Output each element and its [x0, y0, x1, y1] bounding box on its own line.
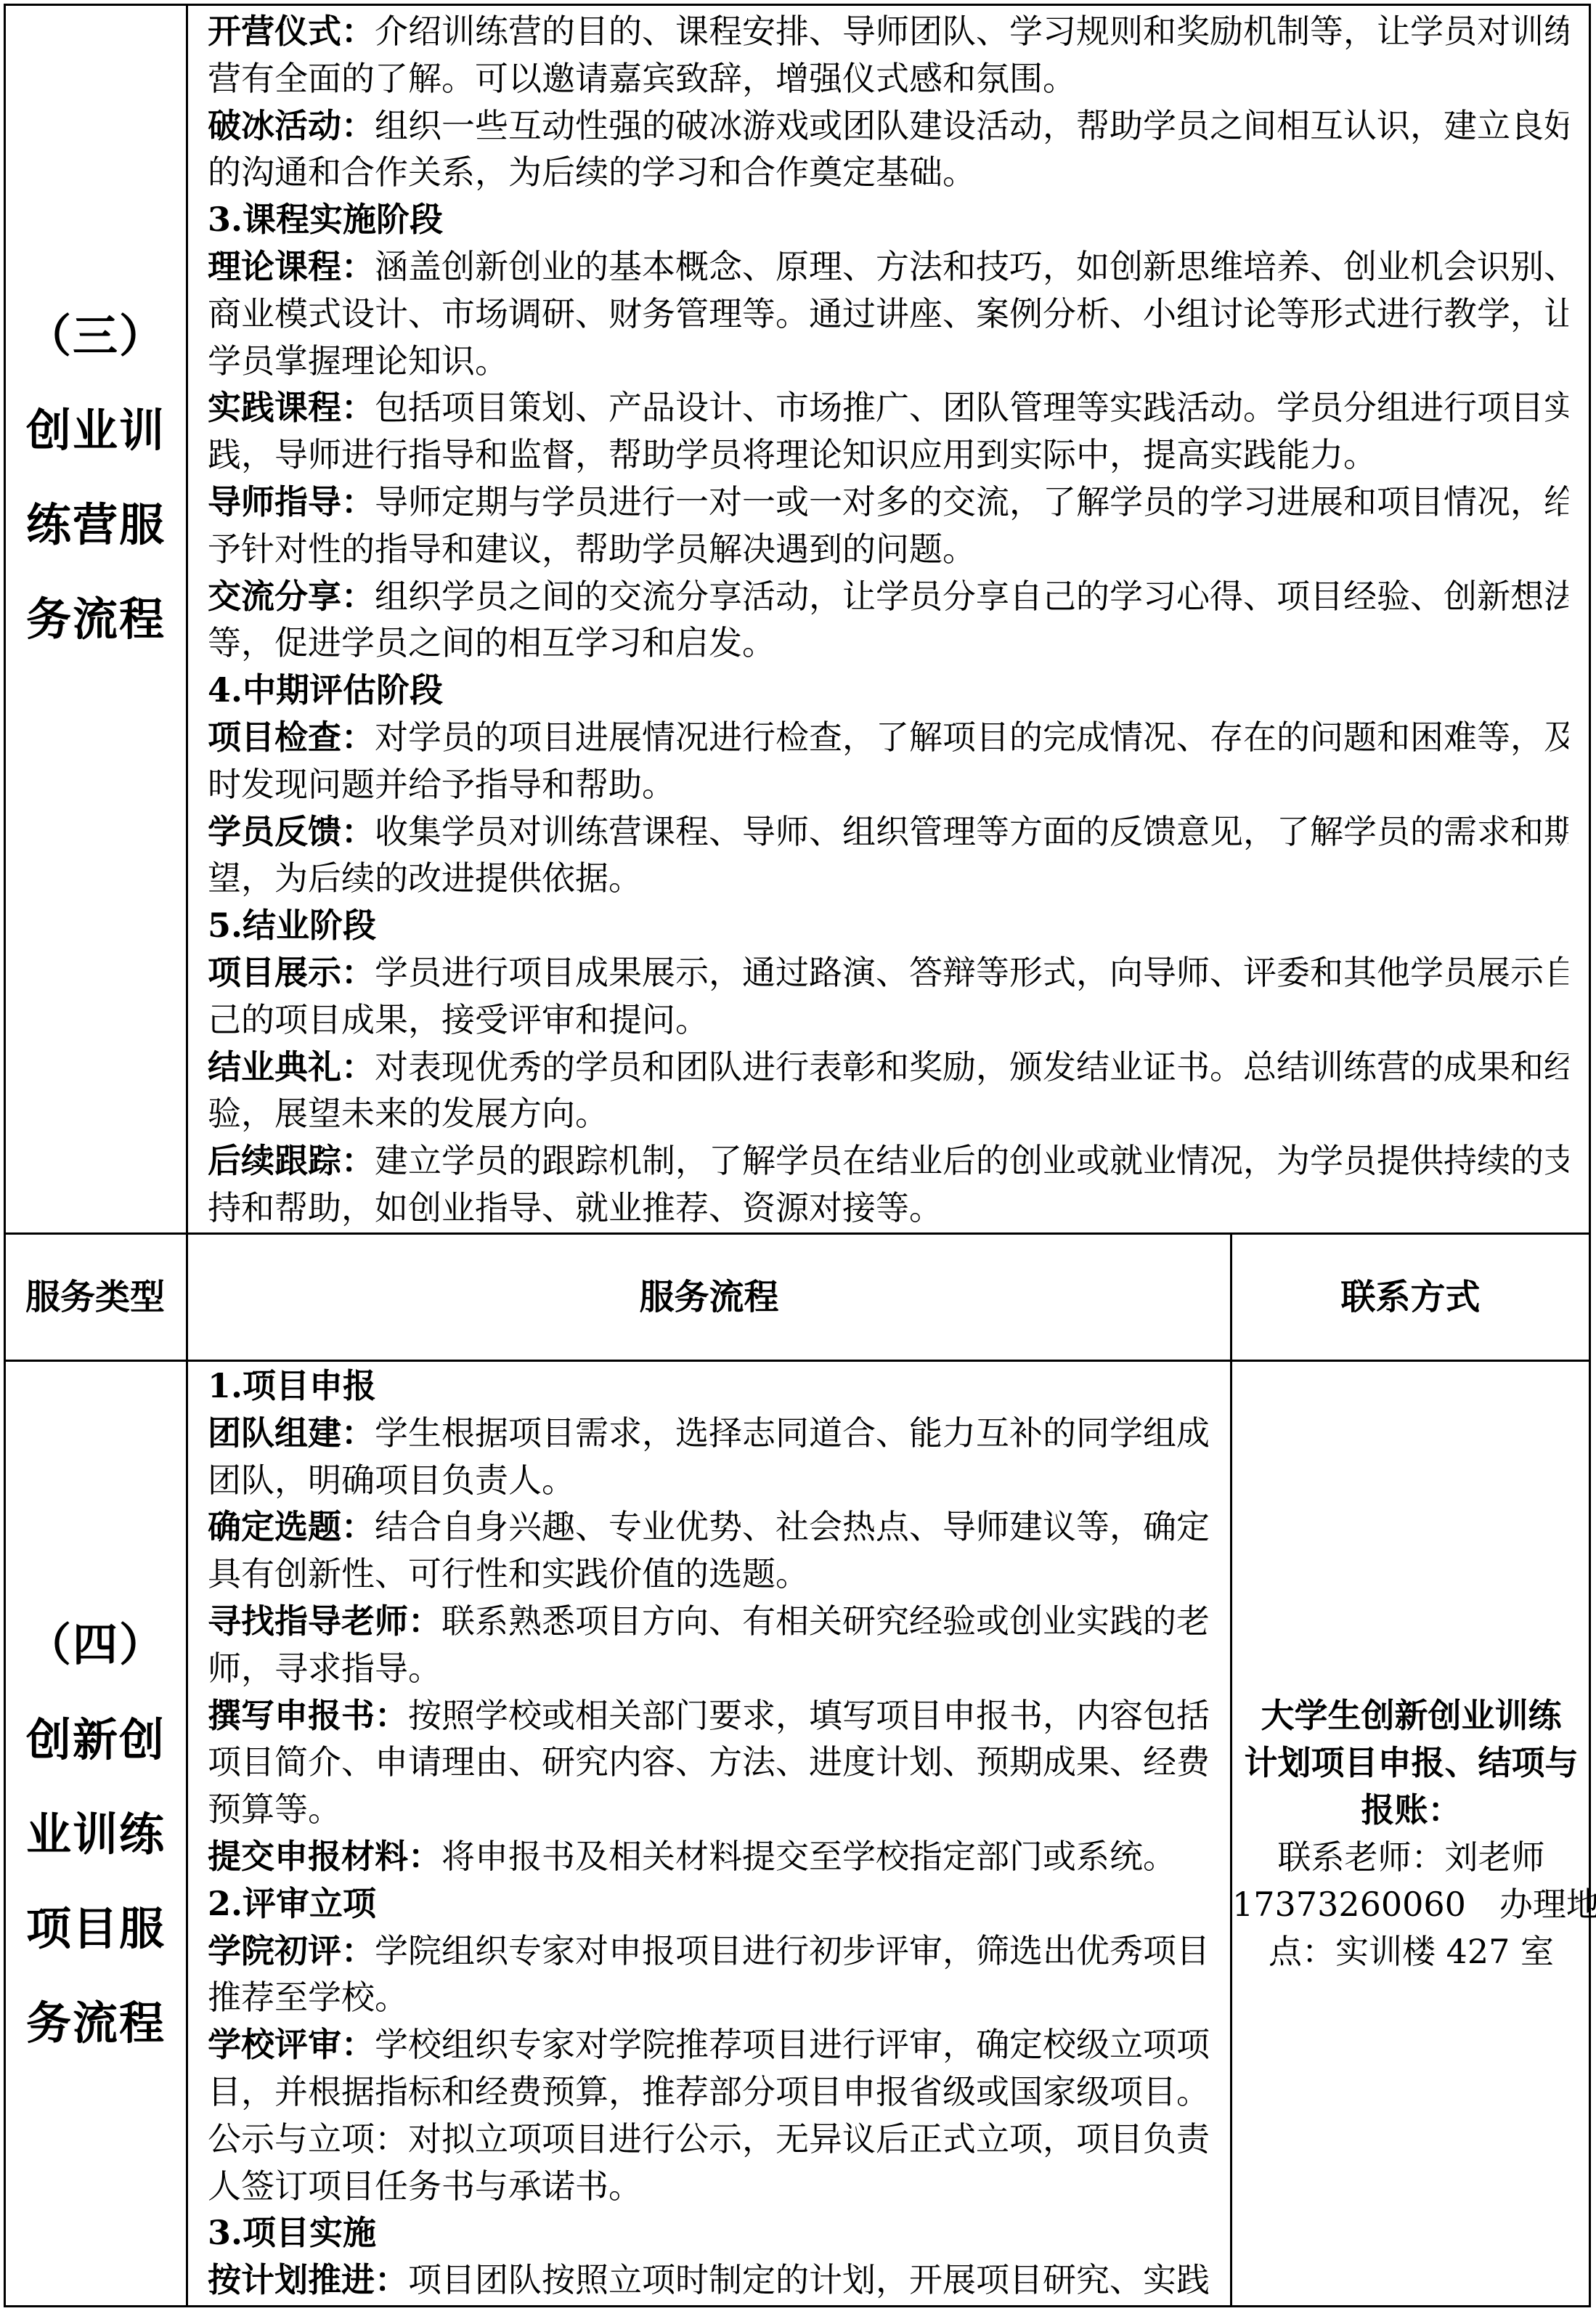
- paragraph-line: 验，展望未来的发展方向。: [208, 1090, 1568, 1137]
- paragraph-text: 组织一些互动性强的破冰游戏或团队建设活动，帮助学员之间相互认识，建立良好: [375, 106, 1568, 145]
- paragraph-text: 师，寻求指导。: [208, 1649, 441, 1688]
- paragraph-text: 等，促进学员之间的相互学习和启发。: [208, 623, 775, 662]
- section-3-label-line: （三）: [4, 311, 187, 362]
- paragraph-text: 践，导师进行指导和监督，帮助学员将理论知识应用到实际中，提高实践能力。: [208, 435, 1377, 474]
- section-4-label: （四） 创新创 业训练 项目服 务流程: [4, 1362, 187, 2305]
- paragraph-title: 项目展示：: [208, 953, 375, 992]
- paragraph-title: 项目检查：: [208, 718, 375, 757]
- stage-heading: 2.评审立项: [208, 1880, 1210, 1928]
- paragraph-title: 交流分享：: [208, 577, 375, 616]
- paragraph-text: 的沟通和合作关系，为后续的学习和合作奠定基础。: [208, 153, 976, 192]
- contact-phone-line[interactable]: 17373260060 办理地: [1232, 1881, 1590, 1928]
- paragraph-line: 寻找指导老师：联系熟悉项目方向、有相关研究经验或创业实践的老: [208, 1598, 1210, 1645]
- paragraph-line: 时发现问题并给予指导和帮助。: [208, 761, 1568, 808]
- document-page: （三） 创业训 练营服 务流程 开营仪式：介绍训练营的目的、课程安排、导师团队、…: [0, 0, 1596, 2311]
- paragraph-text: 学校组织专家对学院推荐项目进行评审，确定校级立项项: [375, 2025, 1210, 2064]
- table-border-bottom: [4, 2305, 1591, 2307]
- paragraph-line: 结业典礼：对表现优秀的学员和团队进行表彰和奖励，颁发结业证书。总结训练营的成果和…: [208, 1044, 1568, 1091]
- paragraph-text: 将申报书及相关材料提交至学校指定部门或系统。: [441, 1837, 1176, 1876]
- paragraph-line: 己的项目成果，接受评审和提问。: [208, 996, 1568, 1044]
- paragraph-title: 提交申报材料：: [208, 1837, 441, 1876]
- header-contact: 联系方式: [1232, 1234, 1589, 1361]
- paragraph-text: 收集学员对训练营课程、导师、组织管理等方面的反馈意见，了解学员的需求和期: [375, 812, 1568, 851]
- paragraph-text: 商业模式设计、市场调研、财务管理等。通过讲座、案例分析、小组讨论等形式进行教学，…: [208, 294, 1568, 333]
- paragraph-line: 破冰活动：组织一些互动性强的破冰游戏或团队建设活动，帮助学员之间相互认识，建立良…: [208, 102, 1568, 150]
- paragraph-text: 团队，明确项目负责人。: [208, 1461, 575, 1500]
- paragraph-text: 涵盖创新创业的基本概念、原理、方法和技巧，如创新思维培养、创业机会识别、: [375, 247, 1568, 286]
- section-4-label-line: 项目服: [4, 1904, 187, 1954]
- paragraph-title: 撰写申报书：: [208, 1696, 408, 1735]
- paragraph-line: 商业模式设计、市场调研、财务管理等。通过讲座、案例分析、小组讨论等形式进行教学，…: [208, 291, 1568, 338]
- paragraph-line: 后续跟踪：建立学员的跟踪机制，了解学员在结业后的创业或就业情况，为学员提供持续的…: [208, 1137, 1568, 1185]
- section-4-label-line: （四）: [4, 1620, 187, 1670]
- stage-heading: 1.项目申报: [208, 1362, 1210, 1410]
- paragraph-title: 团队组建：: [208, 1413, 375, 1453]
- paragraph-title: 学校评审：: [208, 2025, 375, 2064]
- paragraph-line: 团队，明确项目负责人。: [208, 1457, 1210, 1504]
- paragraph-line: 导师指导：导师定期与学员进行一对一或一对多的交流，了解学员的学习进展和项目情况，…: [208, 479, 1568, 526]
- paragraph-line: 项目展示：学员进行项目成果展示，通过路演、答辩等形式，向导师、评委和其他学员展示…: [208, 949, 1568, 996]
- paragraph-title: 实践课程：: [208, 388, 375, 427]
- paragraph-text: 介绍训练营的目的、课程安排、导师团队、学习规则和奖励机制等，让学员对训练: [375, 12, 1568, 51]
- paragraph-text: 项目简介、申请理由、研究内容、方法、进度计划、预期成果、经费: [208, 1742, 1210, 1782]
- section-4-label-line: 务流程: [4, 1998, 187, 2049]
- paragraph-title: 理论课程：: [208, 247, 375, 286]
- paragraph-text: 按照学校或相关部门要求，填写项目申报书，内容包括: [408, 1696, 1210, 1735]
- paragraph-title: 开营仪式：: [208, 12, 375, 51]
- paragraph-line: 开营仪式：介绍训练营的目的、课程安排、导师团队、学习规则和奖励机制等，让学员对训…: [208, 8, 1568, 55]
- paragraph-line: 践，导师进行指导和监督，帮助学员将理论知识应用到实际中，提高实践能力。: [208, 431, 1568, 479]
- paragraph-title: 结业典礼：: [208, 1047, 375, 1087]
- contact-teacher-line: 联系老师：刘老师: [1232, 1834, 1590, 1881]
- paragraph-line: 具有创新性、可行性和实践价值的选题。: [208, 1551, 1210, 1598]
- paragraph-text: 建立学员的跟踪机制，了解学员在结业后的创业或就业情况，为学员提供持续的支: [375, 1141, 1568, 1180]
- paragraph-text: 项目团队按照立项时制定的计划，开展项目研究、实践: [408, 2260, 1210, 2299]
- contact-title-line: 大学生创新创业训练: [1232, 1692, 1590, 1739]
- section-3-process-content: 开营仪式：介绍训练营的目的、课程安排、导师团队、学习规则和奖励机制等，让学员对训…: [188, 8, 1589, 1232]
- paragraph-line: 按计划推进：项目团队按照立项时制定的计划，开展项目研究、实践: [208, 2257, 1210, 2304]
- stage-heading: 3.项目实施: [208, 2209, 1210, 2257]
- contact-title-line: 计划项目申报、结项与: [1232, 1739, 1590, 1787]
- paragraph-line: 持和帮助，如创业指导、就业推荐、资源对接等。: [208, 1185, 1568, 1232]
- contact-location-line: 点：实训楼 427 室: [1232, 1928, 1590, 1975]
- paragraph-line: 学校评审：学校组织专家对学院推荐项目进行评审，确定校级立项项: [208, 2021, 1210, 2068]
- paragraph-line: 交流分享：组织学员之间的交流分享活动，让学员分享自己的学习心得、项目经验、创新想…: [208, 573, 1568, 620]
- section-3-label-line: 创业训: [4, 405, 187, 456]
- paragraph-line: 确定选题：结合自身兴趣、专业优势、社会热点、导师建议等，确定: [208, 1503, 1210, 1551]
- paragraph-title: 按计划推进：: [208, 2260, 408, 2299]
- paragraph-line: 等，促进学员之间的相互学习和启发。: [208, 620, 1568, 667]
- paragraph-line: 理论课程：涵盖创新创业的基本概念、原理、方法和技巧，如创新思维培养、创业机会识别…: [208, 243, 1568, 291]
- paragraph-text: 人签订项目任务书与承诺书。: [208, 2166, 642, 2206]
- paragraph-text: 组织学员之间的交流分享活动，让学员分享自己的学习心得、项目经验、创新想法: [375, 577, 1568, 616]
- paragraph-text: 预算等。: [208, 1790, 341, 1829]
- paragraph-text: 具有创新性、可行性和实践价值的选题。: [208, 1554, 809, 1593]
- paragraph-title: 后续跟踪：: [208, 1141, 375, 1180]
- section-3-label-line: 练营服: [4, 500, 187, 551]
- paragraph-line: 项目检查：对学员的项目进展情况进行检查，了解项目的完成情况、存在的问题和困难等，…: [208, 714, 1568, 761]
- paragraph-text: 结合自身兴趣、专业优势、社会热点、导师建议等，确定: [375, 1507, 1210, 1546]
- paragraph-text: 时发现问题并给予指导和帮助。: [208, 765, 675, 804]
- paragraph-text: 持和帮助，如创业指导、就业推荐、资源对接等。: [208, 1188, 942, 1227]
- header-service-process: 服务流程: [188, 1234, 1230, 1361]
- paragraph-line: 予针对性的指导和建议，帮助学员解决遇到的问题。: [208, 526, 1568, 573]
- paragraph-line: 撰写申报书：按照学校或相关部门要求，填写项目申报书，内容包括: [208, 1692, 1210, 1739]
- paragraph-title: 寻找指导老师：: [208, 1601, 441, 1641]
- paragraph-text: 学员进行项目成果展示，通过路演、答辩等形式，向导师、评委和其他学员展示自: [375, 953, 1568, 992]
- paragraph-text: 包括项目策划、产品设计、市场推广、团队管理等实践活动。学员分组进行项目实: [375, 388, 1568, 427]
- paragraph-line: 营有全面的了解。可以邀请嘉宾致辞，增强仪式感和氛围。: [208, 55, 1568, 102]
- paragraph-title: 公示与立项：: [208, 2119, 408, 2158]
- paragraph-text: 学生根据项目需求，选择志同道合、能力互补的同学组成: [375, 1413, 1210, 1453]
- paragraph-text: 予针对性的指导和建议，帮助学员解决遇到的问题。: [208, 529, 976, 569]
- paragraph-title: 导师指导：: [208, 482, 375, 521]
- paragraph-line: 预算等。: [208, 1786, 1210, 1833]
- paragraph-line: 师，寻求指导。: [208, 1645, 1210, 1692]
- paragraph-text: 目，并根据指标和经费预算，推荐部分项目申报省级或国家级项目。: [208, 2072, 1210, 2111]
- paragraph-line: 团队组建：学生根据项目需求，选择志同道合、能力互补的同学组成: [208, 1410, 1210, 1457]
- stage-heading: 4.中期评估阶段: [208, 667, 1568, 714]
- paragraph-line: 学院初评：学院组织专家对申报项目进行初步评审，筛选出优秀项目: [208, 1928, 1210, 1975]
- section-3-label: （三） 创业训 练营服 务流程: [4, 4, 187, 1233]
- paragraph-line: 的沟通和合作关系，为后续的学习和合作奠定基础。: [208, 149, 1568, 196]
- paragraph-text: 验，展望未来的发展方向。: [208, 1094, 608, 1133]
- paragraph-line: 公示与立项：对拟立项项目进行公示，无异议后正式立项，项目负责: [208, 2116, 1210, 2163]
- section-4-label-line: 业训练: [4, 1809, 187, 1860]
- paragraph-line: 项目简介、申请理由、研究内容、方法、进度计划、预期成果、经费: [208, 1739, 1210, 1786]
- paragraph-text: 导师定期与学员进行一对一或一对多的交流，了解学员的学习进展和项目情况，给: [375, 482, 1568, 521]
- paragraph-text: 学院组织专家对申报项目进行初步评审，筛选出优秀项目: [375, 1931, 1210, 1970]
- paragraph-title: 学院初评：: [208, 1931, 375, 1970]
- stage-heading: 3.课程实施阶段: [208, 196, 1568, 243]
- paragraph-line: 推荐至学校。: [208, 1974, 1210, 2021]
- paragraph-title: 学员反馈：: [208, 812, 375, 851]
- contact-title-line: 报账：: [1232, 1787, 1590, 1834]
- paragraph-text: 对表现优秀的学员和团队进行表彰和奖励，颁发结业证书。总结训练营的成果和经: [375, 1047, 1568, 1087]
- paragraph-text: 推荐至学校。: [208, 1978, 408, 2017]
- paragraph-line: 望，为后续的改进提供依据。: [208, 855, 1568, 902]
- header-service-type: 服务类型: [4, 1234, 186, 1361]
- section-4-label-line: 创新创: [4, 1715, 187, 1766]
- section-4-process-content: 1.项目申报团队组建：学生根据项目需求，选择志同道合、能力互补的同学组成团队，明…: [188, 1362, 1230, 2304]
- section-4-contact: 大学生创新创业训练 计划项目申报、结项与 报账： 联系老师：刘老师 173732…: [1232, 1669, 1590, 1974]
- paragraph-line: 学员掌握理论知识。: [208, 338, 1568, 385]
- paragraph-line: 提交申报材料：将申报书及相关材料提交至学校指定部门或系统。: [208, 1833, 1210, 1880]
- paragraph-line: 目，并根据指标和经费预算，推荐部分项目申报省级或国家级项目。: [208, 2068, 1210, 2116]
- table-border-top: [4, 4, 1591, 6]
- paragraph-line: 学员反馈：收集学员对训练营课程、导师、组织管理等方面的反馈意见，了解学员的需求和…: [208, 808, 1568, 856]
- section-3-label-line: 务流程: [4, 594, 187, 645]
- paragraph-text: 联系熟悉项目方向、有相关研究经验或创业实践的老: [441, 1601, 1210, 1641]
- paragraph-text: 营有全面的了解。可以邀请嘉宾致辞，增强仪式感和氛围。: [208, 59, 1076, 98]
- paragraph-text: 对学员的项目进展情况进行检查，了解项目的完成情况、存在的问题和困难等，及: [375, 718, 1568, 757]
- paragraph-line: 实践课程：包括项目策划、产品设计、市场推广、团队管理等实践活动。学员分组进行项目…: [208, 384, 1568, 431]
- paragraph-text: 对拟立项项目进行公示，无异议后正式立项，项目负责: [408, 2119, 1210, 2158]
- stage-heading: 5.结业阶段: [208, 902, 1568, 949]
- paragraph-text: 望，为后续的改进提供依据。: [208, 858, 642, 898]
- paragraph-text: 己的项目成果，接受评审和提问。: [208, 1000, 709, 1039]
- paragraph-line: 人签订项目任务书与承诺书。: [208, 2163, 1210, 2210]
- paragraph-text: 学员掌握理论知识。: [208, 341, 508, 381]
- paragraph-title: 破冰活动：: [208, 106, 375, 145]
- paragraph-title: 确定选题：: [208, 1507, 375, 1546]
